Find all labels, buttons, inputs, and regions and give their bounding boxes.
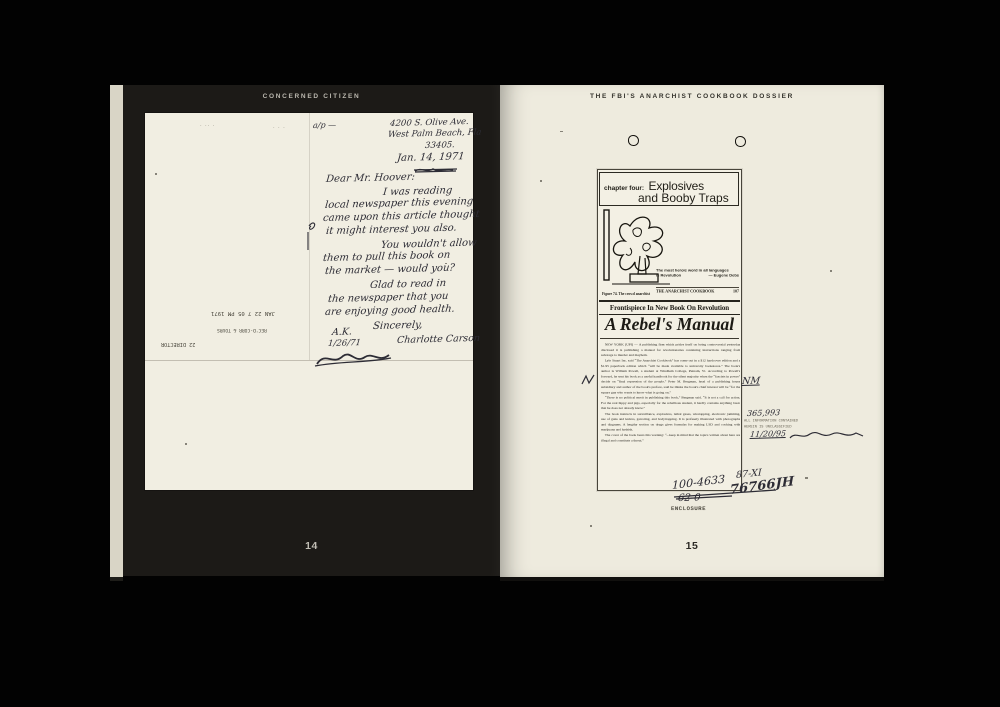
letter-date: Jan. 14, 1971: [396, 151, 465, 164]
letter-signature: Charlotte Carson: [396, 333, 480, 346]
hole-punch: [735, 136, 746, 147]
book-footer-title: THE ANARCHIST COOKBOOK: [656, 289, 714, 294]
newspaper-clipping: chapter four: Explosives and Booby Traps…: [597, 169, 742, 491]
clerk-date: 1/26/71: [328, 338, 362, 349]
left-page: CONCERNED CITIZEN · ·· · · · · a/p — 420…: [123, 85, 500, 576]
letter-address-line: 33405.: [425, 140, 456, 151]
letter-body-line: them to pull this book on: [322, 250, 450, 264]
photocopy-speck: · · ·: [273, 125, 286, 131]
margin-scrawl: [305, 218, 319, 252]
right-page-number: 15: [500, 540, 884, 552]
photocopy-speck: · ·· ·: [200, 123, 215, 129]
letter-body-line: You wouldn't allow: [380, 238, 477, 251]
figure-caption: Figure 74. The crowd anarchist: [602, 292, 650, 296]
letter-salutation: Dear Mr. Hoover:: [325, 172, 415, 185]
article-paragraph: The cover of the book bears this warning…: [601, 432, 740, 443]
signature-scrawl: [313, 349, 395, 369]
clipping-rule: [656, 287, 739, 288]
hole-punch: [628, 135, 639, 146]
received-stamp-line: 22 DIRECTOR: [161, 341, 195, 347]
crowd-anarchist-illustration: [600, 208, 680, 296]
book-footer-page: 107: [733, 289, 739, 294]
right-page: THE FBI'S ANARCHIST COOKBOOK DOSSIER cha…: [500, 85, 884, 577]
letter-address-line: West Palm Beach, Fla: [388, 128, 482, 140]
letter-closing: Sincerely,: [372, 320, 423, 332]
chapter-title-word2: and Booby Traps: [638, 191, 729, 205]
margin-tick-scrawl: [580, 373, 596, 387]
letter-document: · ·· · · · · a/p — 4200 S. Olive Ave. We…: [145, 113, 473, 490]
article-paragraph: The book instructs in surveillance, expl…: [601, 411, 740, 432]
photocopy-speck: [590, 525, 592, 527]
declass-date: 11/20/95: [750, 429, 787, 439]
letter-body-line: it might interest you also.: [325, 223, 457, 237]
strike-through-line: [672, 483, 782, 503]
article-paragraph: NEW YORK (UPI) — A publishing firm which…: [601, 342, 740, 358]
clerk-initials: A.K.: [331, 326, 352, 338]
article-paragraph: “There is no political merit in publishi…: [601, 395, 740, 411]
photocopy-speck: [155, 173, 157, 175]
article-kicker: Frontispiece In New Book On Revolution: [599, 300, 740, 315]
chapter-heading-box: chapter four: Explosives and Booby Traps: [599, 172, 739, 206]
letter-body-line: are enjoying good health.: [324, 304, 455, 318]
photocopy-speck: [540, 180, 542, 182]
crossed-out-scrawl: [413, 165, 459, 175]
left-running-header: CONCERNED CITIZEN: [123, 93, 500, 100]
article-body: NEW YORK (UPI) — A publishing firm which…: [601, 342, 740, 488]
received-stamp-line: REC'D-CORR & TOURS: [217, 327, 267, 332]
photocopy-speck: [830, 270, 832, 272]
file-number: 365,993: [747, 408, 781, 418]
book-page-edges: [110, 85, 123, 577]
photocopy-speck: [560, 131, 563, 132]
letter-body-line: the newspaper that you: [327, 291, 448, 305]
photocopy-speck: [185, 443, 187, 445]
article-headline: A Rebel's Manual: [598, 314, 741, 335]
enclosure-stamp: ENCLOSURE: [671, 505, 706, 512]
headline-rule: [600, 338, 739, 339]
letter-body-line: Glad to read in: [369, 278, 446, 291]
fold-crease-horizontal: [145, 360, 473, 361]
declass-signature-scrawl: [788, 428, 866, 442]
photocopy-speck: [805, 477, 808, 479]
epigraph-line2: is Revolution: [656, 273, 681, 278]
left-page-number: 14: [123, 540, 500, 552]
article-paragraph: Lyle Stuart Inc. said “The Anarchist Coo…: [601, 358, 740, 395]
received-stamp-line: JAN 22 7 05 PM 1971: [211, 310, 275, 316]
epigraph-attribution: — Eugene Debs: [709, 273, 739, 278]
margin-initials: NM: [741, 376, 760, 387]
declassification-stamp-line: ALL INFORMATION CONTAINED: [744, 419, 798, 423]
right-running-header: THE FBI'S ANARCHIST COOKBOOK DOSSIER: [500, 93, 884, 100]
book-spread-photo: CONCERNED CITIZEN · ·· · · · · a/p — 420…: [0, 0, 1000, 707]
letter-body-line: the market — would you?: [324, 263, 455, 277]
letter-top-scrawl: a/p —: [313, 120, 337, 130]
